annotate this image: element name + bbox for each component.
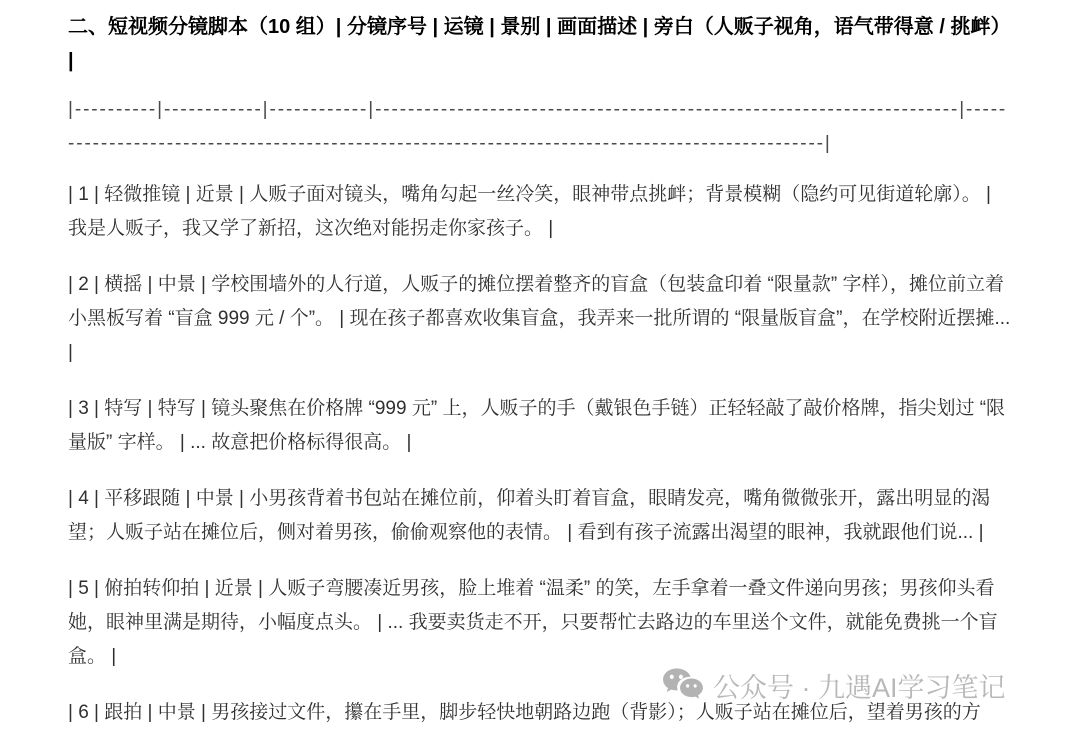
storyboard-row-1: | 1 | 轻微推镜 | 近景 | 人贩子面对镜头，嘴角勾起一丝冷笑，眼神带点挑… xyxy=(68,178,1014,246)
storyboard-row-6: | 6 | 跟拍 | 中景 | 男孩接过文件，攥在手里，脚步轻快地朝路边跑（背影… xyxy=(68,696,1014,730)
section-title: 二、短视频分镜脚本（10 组）| 分镜序号 | 运镜 | 景别 | 画面描述 |… xyxy=(68,10,1014,78)
markdown-table-separator: |----------|------------|------------|--… xyxy=(68,93,1014,161)
storyboard-row-3: | 3 | 特写 | 特写 | 镜头聚焦在价格牌 “999 元” 上，人贩子的手… xyxy=(68,392,1014,460)
document-page: 二、短视频分镜脚本（10 组）| 分镜序号 | 运镜 | 景别 | 画面描述 |… xyxy=(0,0,1080,732)
storyboard-row-4: | 4 | 平移跟随 | 中景 | 小男孩背着书包站在摊位前，仰着头盯着盲盒，眼… xyxy=(68,482,1014,550)
storyboard-row-5: | 5 | 俯拍转仰拍 | 近景 | 人贩子弯腰凑近男孩，脸上堆着 “温柔” 的… xyxy=(68,572,1014,674)
storyboard-row-2: | 2 | 横摇 | 中景 | 学校围墙外的人行道，人贩子的摊位摆着整齐的盲盒（… xyxy=(68,268,1014,370)
